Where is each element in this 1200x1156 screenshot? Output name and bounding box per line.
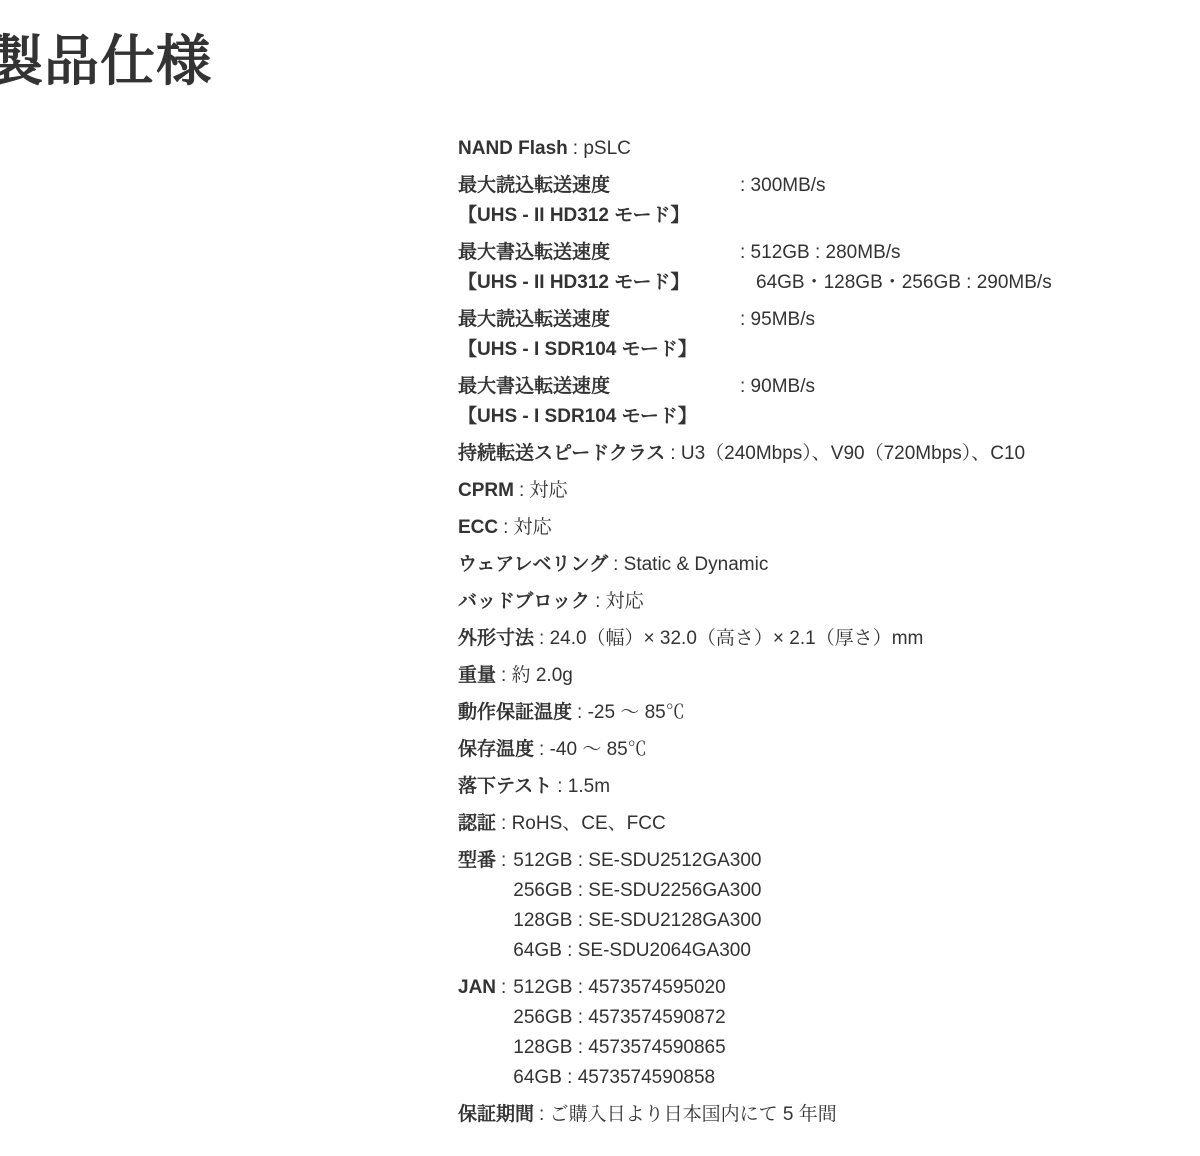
spec-mode-line: 【UHS - I SDR104 モード】: [458, 402, 1178, 432]
model-number-512gb: 512GB : SE-SDU2512GA300: [513, 846, 761, 876]
spec-mode-label: 【UHS - II HD312 モード】: [458, 268, 740, 298]
spec-value: : -40 ～ 85℃: [539, 739, 647, 760]
spec-row-certification: 認証: RoHS、CE、FCC: [458, 809, 1178, 839]
spec-label: NAND Flash: [458, 138, 568, 159]
spec-row-nand-flash: NAND Flash: pSLC: [458, 134, 1178, 164]
product-spec-page: 製品仕様 NAND Flash: pSLC 最大読込転送速度: 300MB/s …: [0, 0, 1200, 1156]
spec-label: 外形寸法: [458, 628, 534, 649]
spec-label: 保証期間: [458, 1104, 534, 1125]
spec-label: 落下テスト: [458, 776, 552, 797]
spec-mode-value: [740, 406, 756, 427]
spec-mode-value: 64GB・128GB・256GB : 290MB/s: [740, 272, 1052, 293]
spec-row-jan-codes: JAN: 512GB : 4573574595020 256GB : 45735…: [458, 973, 1178, 1093]
spec-value: : -25 ～ 85℃: [577, 702, 685, 723]
jan-code-512gb: 512GB : 4573574595020: [513, 973, 725, 1003]
spec-value: : 対応: [519, 480, 568, 501]
spec-value: : 90MB/s: [740, 376, 815, 397]
spec-row-max-read-uhs2: 最大読込転送速度: 300MB/s 【UHS - II HD312 モード】: [458, 171, 1178, 231]
spec-label: 最大読込転送速度: [458, 171, 740, 201]
spec-row-weight: 重量: 約 2.0g: [458, 661, 1178, 691]
spec-row-bad-block: バッドブロック: 対応: [458, 587, 1178, 617]
spec-value: : 95MB/s: [740, 309, 815, 330]
spec-value: : ご購入日より日本国内にて 5 年間: [539, 1104, 837, 1125]
spec-line: 最大読込転送速度: 95MB/s: [458, 305, 1178, 335]
jan-code-128gb: 128GB : 4573574590865: [513, 1033, 725, 1063]
spec-row-max-write-uhs1: 最大書込転送速度: 90MB/s 【UHS - I SDR104 モード】: [458, 372, 1178, 432]
spec-list: NAND Flash: pSLC 最大読込転送速度: 300MB/s 【UHS …: [458, 134, 1178, 1137]
spec-value-lines: 512GB : SE-SDU2512GA300 256GB : SE-SDU22…: [513, 846, 761, 966]
spec-row-warranty: 保証期間: ご購入日より日本国内にて 5 年間: [458, 1100, 1178, 1130]
spec-row-sustained-speed-class: 持続転送スピードクラス: U3（240Mbps）、V90（720Mbps）、C1…: [458, 439, 1178, 469]
spec-row-model-numbers: 型番: 512GB : SE-SDU2512GA300 256GB : SE-S…: [458, 846, 1178, 966]
spec-mode-label: 【UHS - I SDR104 モード】: [458, 335, 740, 365]
model-number-64gb: 64GB : SE-SDU2064GA300: [513, 936, 761, 966]
spec-label: バッドブロック: [458, 591, 590, 612]
spec-separator: :: [501, 973, 506, 1003]
spec-row-dimensions: 外形寸法: 24.0（幅）× 32.0（高さ）× 2.1（厚さ）mm: [458, 624, 1178, 654]
spec-mode-value: [740, 339, 756, 360]
spec-mode-label: 【UHS - I SDR104 モード】: [458, 402, 740, 432]
spec-value: : pSLC: [573, 138, 631, 159]
spec-mode-line: 【UHS - I SDR104 モード】: [458, 335, 1178, 365]
spec-row-ecc: ECC: 対応: [458, 513, 1178, 543]
spec-mode-line: 【UHS - II HD312 モード】: [458, 201, 1178, 231]
spec-label: 保存温度: [458, 739, 534, 760]
spec-label: CPRM: [458, 480, 514, 501]
spec-mode-line: 【UHS - II HD312 モード】64GB・128GB・256GB : 2…: [458, 268, 1178, 298]
spec-row-cprm: CPRM: 対応: [458, 476, 1178, 506]
spec-value: : 1.5m: [557, 776, 610, 797]
spec-value: : 24.0（幅）× 32.0（高さ）× 2.1（厚さ）mm: [539, 628, 923, 649]
spec-mode-label: 【UHS - II HD312 モード】: [458, 201, 740, 231]
model-number-128gb: 128GB : SE-SDU2128GA300: [513, 906, 761, 936]
spec-label: JAN: [458, 973, 496, 1003]
spec-value: : Static & Dynamic: [613, 554, 768, 575]
spec-label: ウェアレベリング: [458, 554, 608, 575]
spec-row-max-read-uhs1: 最大読込転送速度: 95MB/s 【UHS - I SDR104 モード】: [458, 305, 1178, 365]
spec-row-wear-leveling: ウェアレベリング: Static & Dynamic: [458, 550, 1178, 580]
spec-label: 最大読込転送速度: [458, 305, 740, 335]
spec-row-operating-temp: 動作保証温度: -25 ～ 85℃: [458, 698, 1178, 728]
spec-value: : RoHS、CE、FCC: [501, 813, 666, 834]
spec-label: 型番: [458, 846, 496, 876]
spec-mode-value: [740, 205, 756, 226]
spec-value: : 512GB : 280MB/s: [740, 242, 901, 263]
spec-label: 認証: [458, 813, 496, 834]
spec-label: 動作保証温度: [458, 702, 572, 723]
spec-row-max-write-uhs2: 最大書込転送速度: 512GB : 280MB/s 【UHS - II HD31…: [458, 238, 1178, 298]
page-title: 製品仕様: [0, 30, 212, 93]
spec-separator: :: [501, 846, 506, 876]
spec-label: 最大書込転送速度: [458, 372, 740, 402]
spec-line: 最大書込転送速度: 90MB/s: [458, 372, 1178, 402]
spec-label: 持続転送スピードクラス: [458, 443, 665, 464]
jan-code-64gb: 64GB : 4573574590858: [513, 1063, 725, 1093]
spec-line: 最大読込転送速度: 300MB/s: [458, 171, 1178, 201]
model-number-256gb: 256GB : SE-SDU2256GA300: [513, 876, 761, 906]
jan-code-256gb: 256GB : 4573574590872: [513, 1003, 725, 1033]
spec-value: : U3（240Mbps）、V90（720Mbps）、C10: [670, 443, 1025, 464]
spec-label: 重量: [458, 665, 496, 686]
spec-line: 最大書込転送速度: 512GB : 280MB/s: [458, 238, 1178, 268]
spec-value-lines: 512GB : 4573574595020 256GB : 4573574590…: [513, 973, 725, 1093]
spec-label: ECC: [458, 517, 498, 538]
spec-row-storage-temp: 保存温度: -40 ～ 85℃: [458, 735, 1178, 765]
spec-value: : 対応: [503, 517, 552, 538]
spec-row-drop-test: 落下テスト: 1.5m: [458, 772, 1178, 802]
spec-label: 最大書込転送速度: [458, 238, 740, 268]
spec-value: : 300MB/s: [740, 175, 826, 196]
spec-value: : 対応: [595, 591, 644, 612]
spec-value: : 約 2.0g: [501, 665, 573, 686]
